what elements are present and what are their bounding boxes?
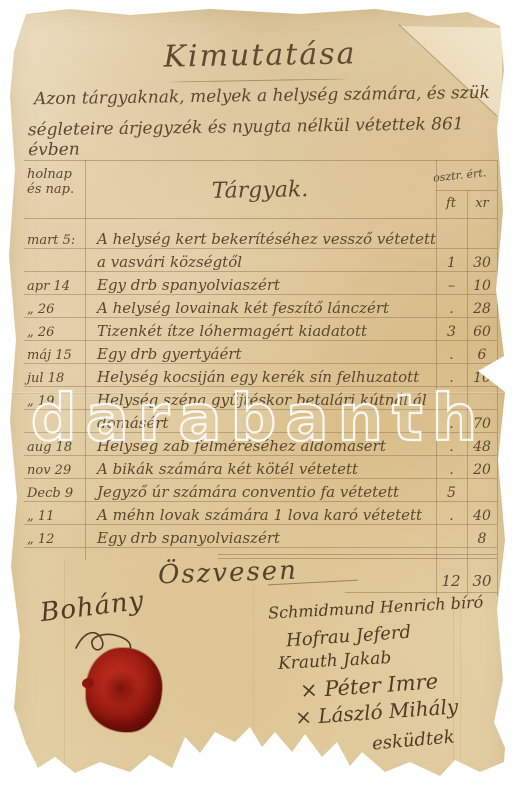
table-row: domásért . 70 xyxy=(24,410,497,433)
row-kr: 70 xyxy=(467,416,497,432)
column-divider-right xyxy=(497,160,498,596)
row-kr: 30 xyxy=(467,255,497,271)
title-underline xyxy=(168,78,348,82)
row-date: apr 14 xyxy=(24,279,88,294)
row-date: nov 29 xyxy=(24,463,88,478)
row-text: Helység kocsiján egy kerék sín felhuzato… xyxy=(88,368,436,386)
row-date: mart 5: xyxy=(24,233,88,248)
table-row: „ 11 A méhn lovak számára 1 lova karó vé… xyxy=(24,502,497,525)
table-row: aug 18 Helység zab felméréséhez áldomásé… xyxy=(24,433,497,456)
row-ft: 5 xyxy=(436,485,467,501)
row-ft: . xyxy=(436,347,467,363)
row-text: Tizenkét ítze lóhermagért kiadatott xyxy=(88,322,436,340)
row-text: A helység lovainak két feszítő lánczért xyxy=(88,299,436,317)
table-top-rule xyxy=(24,160,497,161)
table-row: „ 19 Helység széna gyűjtéskor betalári k… xyxy=(24,387,497,410)
row-text: Helység zab felméréséhez áldomásért xyxy=(88,437,436,455)
row-text: a vasvári községtől xyxy=(88,253,436,271)
table-row: nov 29 A bikák számára két kötél vétetet… xyxy=(24,456,497,479)
row-text: Egy drb gyertyáért xyxy=(88,345,436,363)
row-kr: 6 xyxy=(467,347,497,363)
row-text: Egy drb spanyolviaszért xyxy=(88,276,436,294)
row-date: jul 18 xyxy=(24,371,88,386)
row-text: Helység széna gyűjtéskor betalári kútnál… xyxy=(88,391,436,409)
row-ft: . xyxy=(436,370,467,386)
table-body: mart 5: A helység kert bekerítéséhez ves… xyxy=(24,218,497,548)
row-kr: 20 xyxy=(467,462,497,478)
row-date: aug 18 xyxy=(24,440,88,455)
document-paper: Kimutatása Azon tárgyaknak, melyek a hel… xyxy=(0,0,517,800)
column-header-kr: xr xyxy=(467,196,497,211)
table-row: máj 15 Egy drb gyertyáért . 6 xyxy=(24,341,497,364)
column-header-date: holnap és nap. xyxy=(27,167,74,197)
row-ft: . xyxy=(436,416,467,432)
intro-line-2: ségleteire árjegyzék és nyugta nélkül vé… xyxy=(28,114,495,161)
row-kr: 10 xyxy=(467,278,497,294)
row-ft: 3 xyxy=(436,324,467,340)
table-row: mart 5: A helység kert bekerítéséhez ves… xyxy=(24,218,497,249)
photo-background: Kimutatása Azon tárgyaknak, melyek a hel… xyxy=(0,0,517,800)
column-header-ft: ft xyxy=(436,196,466,211)
row-date: „ 19 xyxy=(24,394,88,409)
signature-left: Bohány xyxy=(39,586,146,629)
table-row: „ 12 Egy drb spanyolviaszért 8 xyxy=(24,525,497,548)
row-ft: . xyxy=(436,301,467,317)
column-header-date-line1: holnap xyxy=(27,167,74,182)
row-ft: . xyxy=(436,508,467,524)
table-row: „ 26 Tizenkét ítze lóhermagért kiadatott… xyxy=(24,318,497,341)
table-row: a vasvári községtől 1 30 xyxy=(24,249,497,272)
ruling-line-bottom-left xyxy=(64,560,65,765)
column-header-items: Tárgyak. xyxy=(95,175,425,206)
ruling-line-bottom-right-2 xyxy=(460,600,461,760)
column-header-date-line2: és nap. xyxy=(27,182,74,197)
wax-seal xyxy=(86,648,162,732)
signature-right-6: esküdtek xyxy=(371,726,455,754)
signature-right-3: Krauth Jakab xyxy=(278,648,392,674)
row-kr: 40 xyxy=(467,508,497,524)
row-text: domásért xyxy=(88,414,436,432)
intro-line-1: Azon tárgyaknak, melyek a helység számár… xyxy=(34,83,496,109)
signature-right-1: Schmidmund Henrich bíró xyxy=(268,592,484,622)
table-row: apr 14 Egy drb spanyolviaszért – 10 xyxy=(24,272,497,295)
column-header-value: osztr. ért. xyxy=(433,164,504,184)
row-ft: . xyxy=(436,462,467,478)
row-kr: 60 xyxy=(467,324,497,340)
row-text: A helység kert bekerítéséhez vessző véte… xyxy=(88,230,436,248)
row-kr: 28 xyxy=(467,301,497,317)
table-row: jul 18 Helység kocsiján egy kerék sín fe… xyxy=(24,364,497,387)
row-date: Decb 9 xyxy=(24,486,88,501)
row-date: „ 11 xyxy=(24,509,88,524)
row-kr: 10 xyxy=(467,370,497,386)
row-text: A méhn lovak számára 1 lova karó vétetet… xyxy=(88,506,436,524)
signature-right-2: Hofrau Jeferd xyxy=(285,622,411,652)
row-date: „ 26 xyxy=(24,302,88,317)
total-label: Öszvesen xyxy=(158,556,299,591)
row-kr: 8 xyxy=(467,531,497,547)
row-ft: 1 xyxy=(436,255,467,271)
row-date: „ 12 xyxy=(24,532,88,547)
row-ft: – xyxy=(436,278,467,294)
total-double-rule-top xyxy=(218,554,497,555)
document-title: Kimutatása xyxy=(120,36,401,76)
row-text: Jegyző úr számára conventio fa vétetett xyxy=(88,483,436,501)
row-text: A bikák számára két kötél vétetett xyxy=(88,460,436,478)
center-fold-line xyxy=(253,585,254,765)
row-date: máj 15 xyxy=(24,348,88,363)
row-text: Egy drb spanyolviaszért xyxy=(88,529,436,547)
total-ft: 12 xyxy=(436,572,466,590)
table-row: Decb 9 Jegyző úr számára conventio fa vé… xyxy=(24,479,497,502)
table-row: „ 26 A helység lovainak két feszítő lánc… xyxy=(24,295,497,318)
total-kr: 30 xyxy=(467,572,497,590)
row-date: „ 26 xyxy=(24,325,88,340)
row-ft: . xyxy=(436,439,467,455)
row-kr: 48 xyxy=(467,439,497,455)
